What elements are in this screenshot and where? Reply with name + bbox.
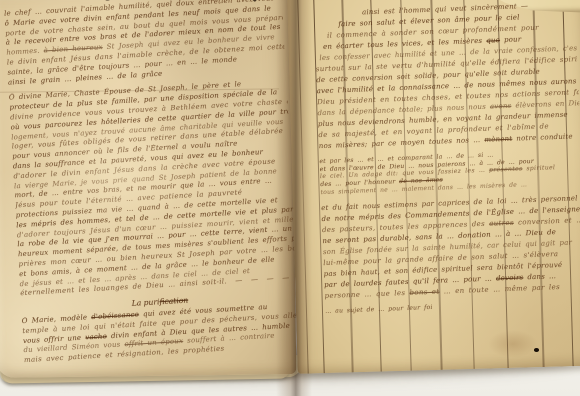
right-page-text: ainsi est l'homme qui veut sincèrement —… bbox=[314, 0, 580, 321]
manuscript-paragraph: ainsi est l'homme qui veut sincèrement —… bbox=[314, 0, 580, 152]
ink-blot bbox=[104, 0, 112, 1]
left-page: Du trafic … inimitable le chef … couvrai… bbox=[0, 0, 296, 378]
right-page: ainsi est l'homme qui veut sincèrement —… bbox=[287, 0, 580, 374]
manuscript-paragraph: et du fait nous estimons par caprices de… bbox=[321, 193, 580, 302]
manuscript-paragraph: le chef … couvrait l'aimable humilité, q… bbox=[4, 0, 286, 88]
ink-blot bbox=[534, 348, 539, 352]
manuscript-line: … au sujet de … pour leur foi bbox=[325, 298, 580, 316]
manuscript-paragraph: et par les … et … et comparant la … de …… bbox=[319, 148, 580, 197]
manuscript-photo: Du trafic … inimitable le chef … couvrai… bbox=[0, 0, 580, 396]
vertical-crease bbox=[297, 0, 309, 374]
left-page-text: le chef … couvrait l'aimable humilité, q… bbox=[4, 0, 302, 372]
manuscript-paragraph: La purificationÔ Marie, modèle d'obéissa… bbox=[21, 289, 302, 366]
manuscript-paragraph: Ô divine Marie, Chaste Épouse de St Jose… bbox=[9, 78, 298, 299]
manuscript-paragraph: … au sujet de … pour leur foi bbox=[325, 298, 580, 316]
